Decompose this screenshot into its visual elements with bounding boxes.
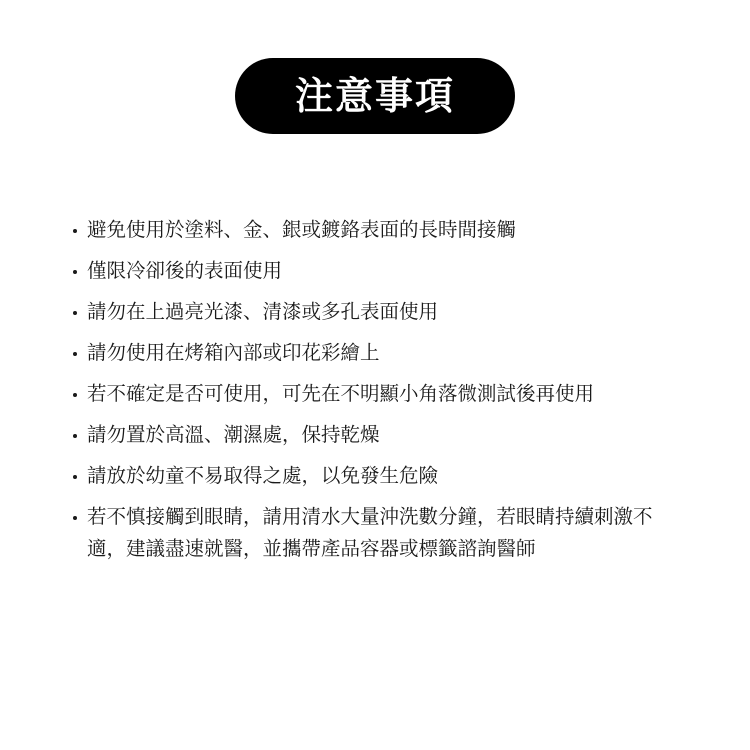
list-item: 若不確定是否可使用，可先在不明顯小角落微測試後再使用 bbox=[68, 378, 688, 410]
list-item: 請勿使用在烤箱內部或印花彩繪上 bbox=[68, 337, 688, 369]
note-text: 避免使用於塗料、金、銀或鍍鉻表面的長時間接觸 bbox=[87, 218, 516, 241]
note-text: 僅限冷卻後的表面使用 bbox=[87, 259, 282, 282]
note-text: 若不慎接觸到眼睛，請用清水大量沖洗數分鐘，若眼睛持續刺激不適，建議盡速就醫，並攜… bbox=[87, 505, 653, 560]
note-text: 若不確定是否可使用，可先在不明顯小角落微測試後再使用 bbox=[87, 382, 594, 405]
note-text: 請勿使用在烤箱內部或印花彩繪上 bbox=[87, 341, 380, 364]
list-item: 請放於幼童不易取得之處，以免發生危險 bbox=[68, 460, 688, 492]
list-item: 僅限冷卻後的表面使用 bbox=[68, 255, 688, 287]
list-item: 請勿置於高溫、潮濕處，保持乾燥 bbox=[68, 419, 688, 451]
list-item: 避免使用於塗料、金、銀或鍍鉻表面的長時間接觸 bbox=[68, 214, 688, 246]
note-text: 請勿置於高溫、潮濕處，保持乾燥 bbox=[87, 423, 380, 446]
page-title: 注意事項 bbox=[295, 77, 455, 115]
note-text: 請放於幼童不易取得之處，以免發生危險 bbox=[87, 464, 438, 487]
note-text: 請勿在上過亮光漆、清漆或多孔表面使用 bbox=[87, 300, 438, 323]
list-item: 若不慎接觸到眼睛，請用清水大量沖洗數分鐘，若眼睛持續刺激不適，建議盡速就醫，並攜… bbox=[68, 501, 677, 565]
list-item: 請勿在上過亮光漆、清漆或多孔表面使用 bbox=[68, 296, 688, 328]
precautions-list: 避免使用於塗料、金、銀或鍍鉻表面的長時間接觸 僅限冷卻後的表面使用 請勿在上過亮… bbox=[68, 214, 688, 574]
title-banner: 注意事項 bbox=[235, 58, 515, 134]
